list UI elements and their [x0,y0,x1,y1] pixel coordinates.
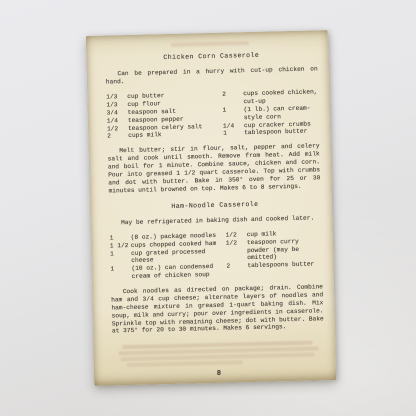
ingredient-row: 2tablespoons butter [226,261,322,271]
ingredient-qty: 2 [222,90,243,106]
ingredient-item: cups cooked chicken, cut-up [243,88,318,106]
recipe-instructions: Cook noodles as directed on package; dra… [111,283,324,335]
ingredient-column-right: 2cups cooked chicken, cut-up 1(1 lb.) ca… [222,88,319,138]
recipe-title-ham-noodle-casserole: Ham-Noodle Casserole [109,199,321,213]
ingredient-item: teaspoon curry powder (may be omitted) [247,237,323,262]
ingredient-qty: 1 [110,250,131,266]
ingredient-item: (10 oz.) can condensed cream of chicken … [131,263,226,281]
ingredient-row: 1tablespoon butter [223,128,319,138]
recipe-intro: Can be prepared in a hurry with cut-up c… [106,66,318,87]
ingredient-qty: 1 [110,265,131,281]
recipe-book-page: Chicken Corn Casserole Can be prepared i… [86,30,336,386]
ingredient-columns: 1(8 oz.) package noodles 1 1/2cups chopp… [110,229,323,281]
ingredient-qty: 1 [223,106,244,122]
ingredient-item: (1 lb.) can cream-style corn [244,104,319,122]
page-content: Chicken Corn Casserole Can be prepared i… [86,30,336,386]
recipe-instructions: Melt butter; stir in flour, salt, pepper… [108,143,321,195]
ingredient-column-left: 1/3cup butter 1/3cup flour 3/4teaspoon s… [106,91,223,141]
ingredient-item: tablespoons butter [247,261,322,271]
ingredient-qty: 1/2 [226,239,248,263]
ingredient-column-left: 1(8 oz.) package noodles 1 1/2cups chopp… [110,231,227,281]
ingredient-qty: 2 [107,132,128,140]
ingredient-item: tablespoon butter [244,128,319,138]
bleed-through-text-bottom [118,340,319,369]
ingredient-row: 2cups milk [107,130,223,141]
ingredient-column-right: 1/2cup milk 1/2teaspoon curry powder (ma… [226,229,323,279]
ingredient-item: cups milk [128,130,223,140]
recipe-intro: May be refrigerated in baking dish and c… [109,214,321,227]
ingredient-row: 1/2teaspoon curry powder (may be omitted… [226,237,323,263]
ingredient-qty: 2 [226,262,247,270]
page-number: 8 [113,368,325,382]
ingredient-qty: 1 [223,130,244,138]
recipe-title-chicken-corn-casserole: Chicken Corn Casserole [105,50,317,64]
ingredient-columns: 1/3cup butter 1/3cup flour 3/4teaspoon s… [106,88,319,140]
ingredient-row: 1(10 oz.) can condensed cream of chicken… [110,263,226,282]
bleed-through-line [127,361,243,367]
